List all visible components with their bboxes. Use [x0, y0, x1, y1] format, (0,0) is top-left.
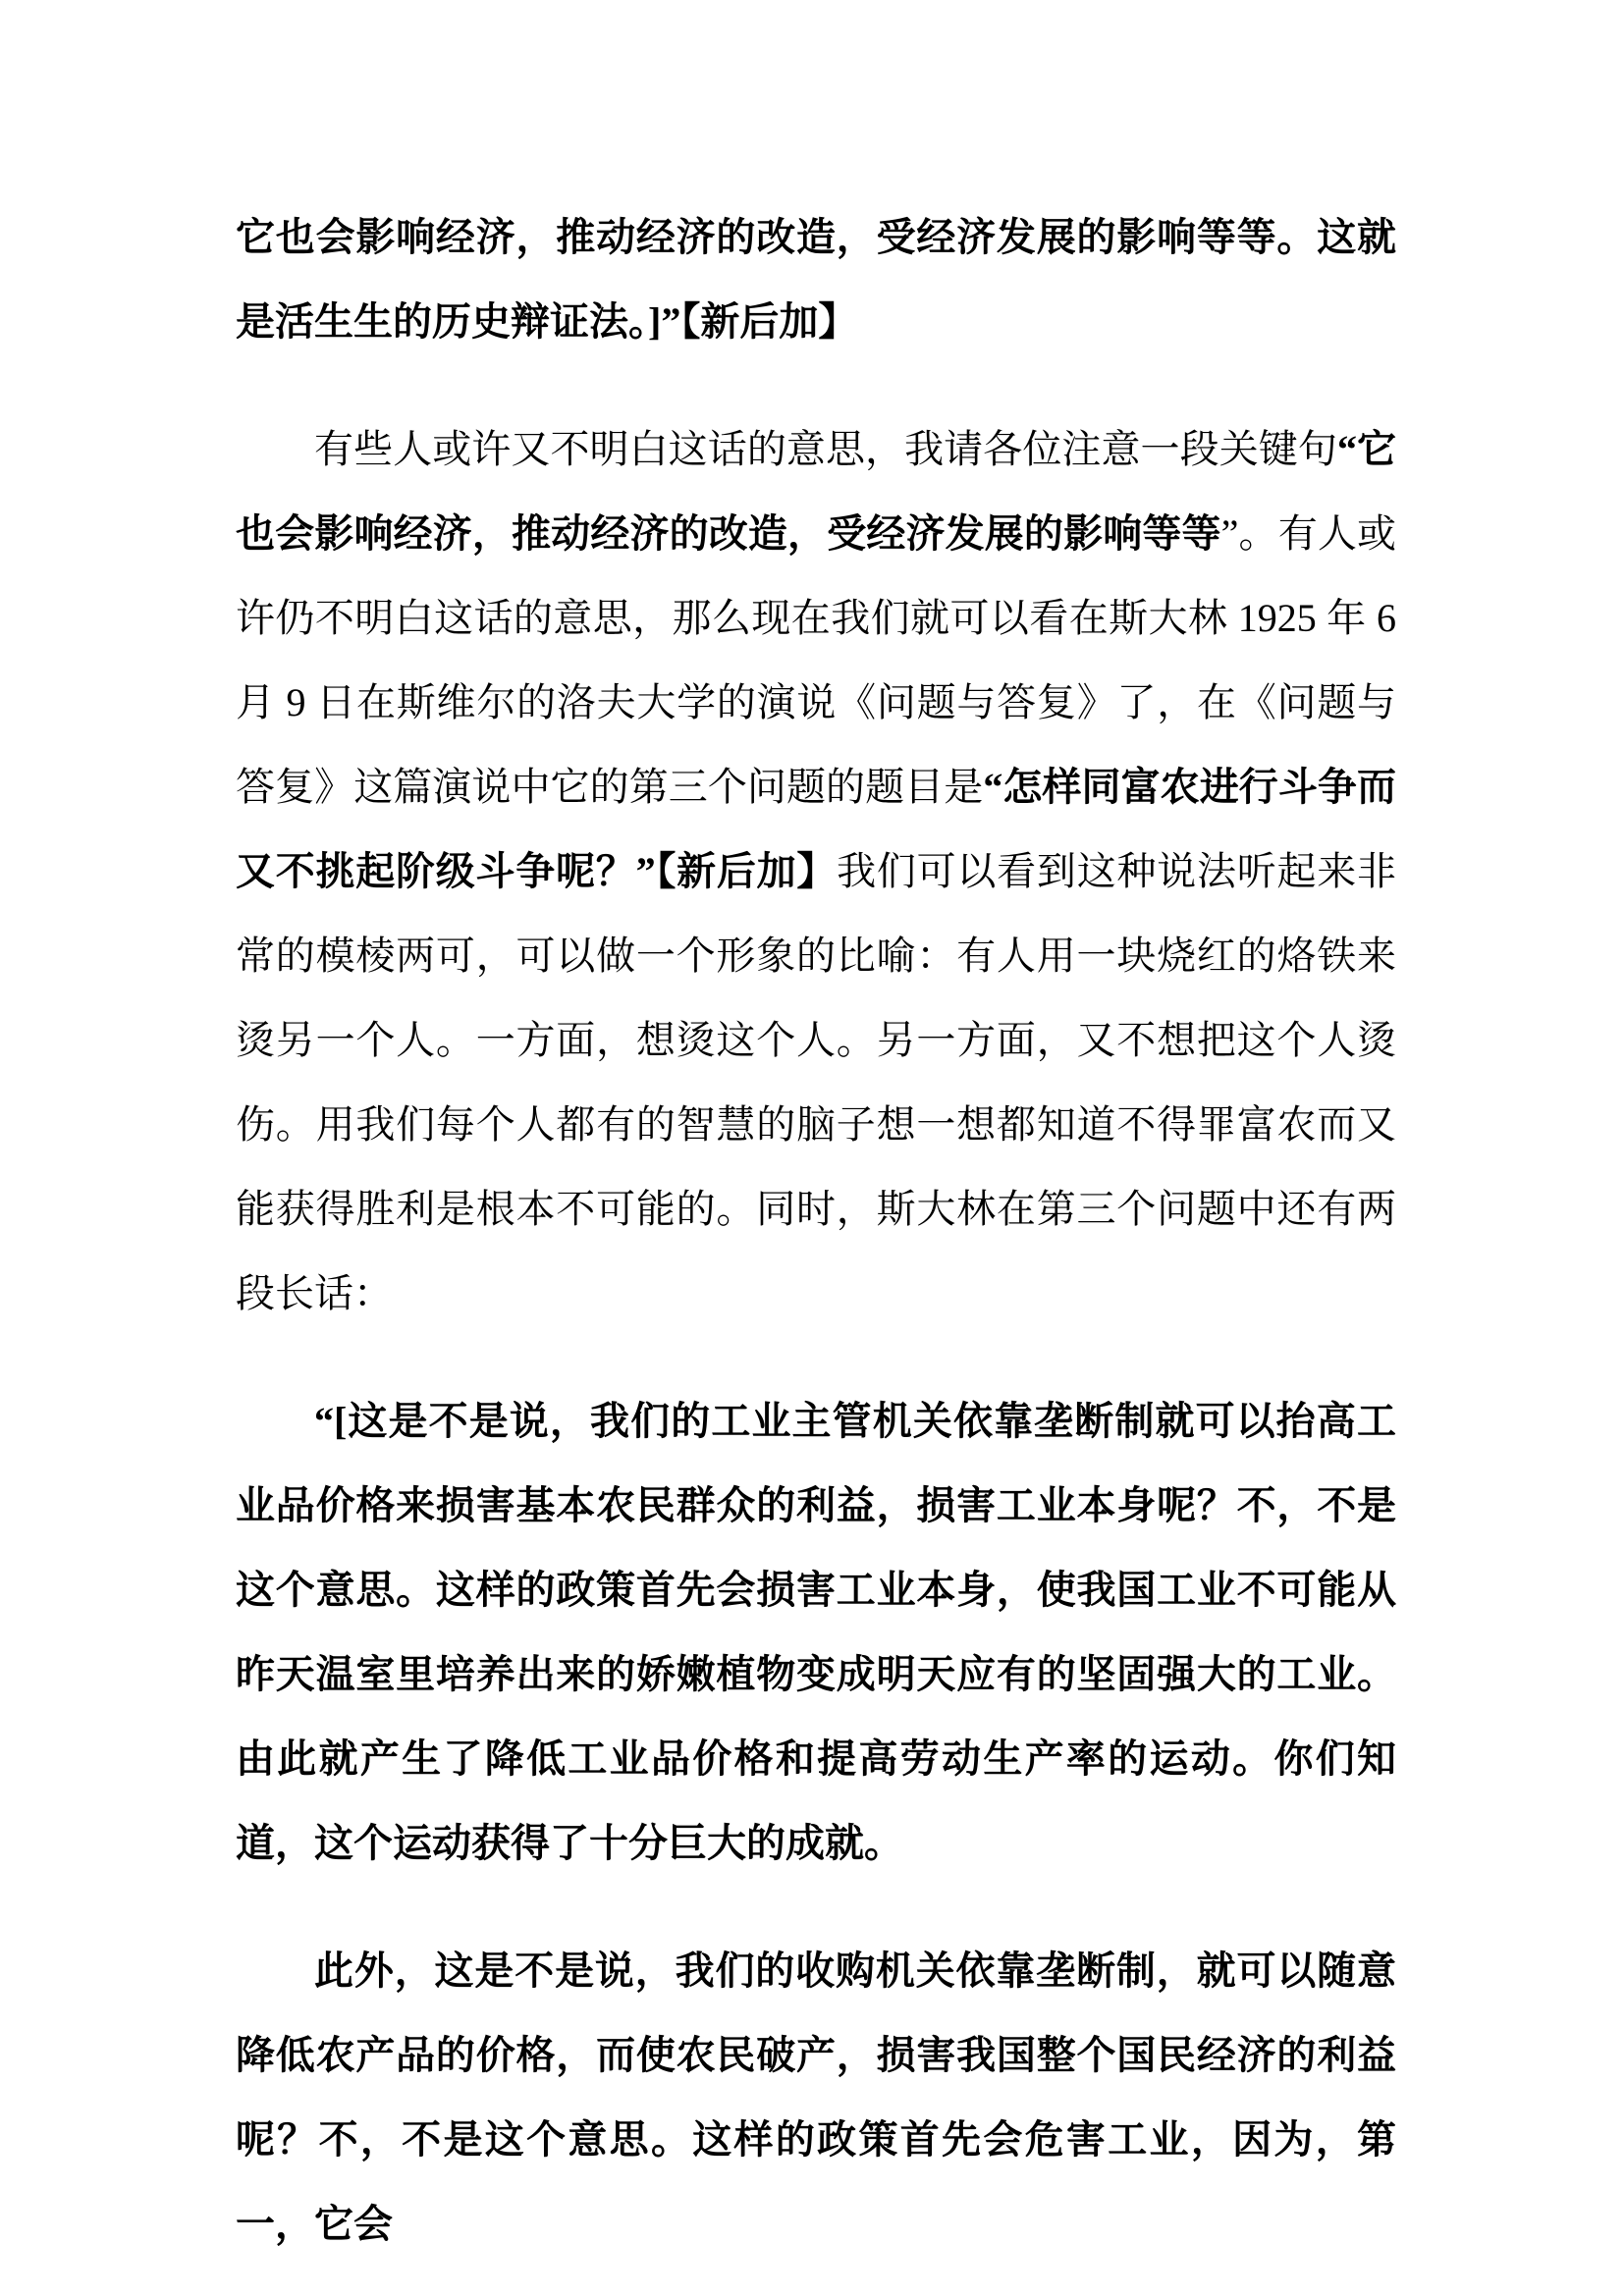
paragraph-quote-continuation: 它也会影响经济，推动经济的改造，受经济发展的影响等等。这就是活生生的历史辩证法。… — [236, 195, 1396, 364]
text-run: 我们可以看到这种说法听起来非常的模棱两可，可以做一个形象的比喻：有人用一块烧红的… — [236, 849, 1396, 1315]
text-run: 有些人或许又不明白这话的意思，我请各位注意一段关键句 — [314, 427, 1337, 471]
document-page: 它也会影响经济，推动经济的改造，受经济发展的影响等等。这就是活生生的历史辩证法。… — [0, 0, 1624, 2296]
text-run: 它也会影响经济，推动经济的改造，受经济发展的影响等等。这就是活生生的历史辩证法。… — [236, 215, 1396, 344]
text-run: 此外，这是不是说，我们的收购机关依靠垄断制，就可以随意降低农产品的价格，而使农民… — [236, 1949, 1396, 2246]
paragraph-stalin-quote-2: 此外，这是不是说，我们的收购机关依靠垄断制，就可以随意降低农产品的价格，而使农民… — [236, 1929, 1396, 2267]
paragraph-commentary: 有些人或许又不明白这话的意思，我请各位注意一段关键句“它也会影响经济，推动经济的… — [236, 407, 1396, 1336]
text-run: “[这是不是说，我们的工业主管机关依靠垄断制就可以抬高工业品价格来损害基本农民群… — [236, 1399, 1396, 1865]
paragraph-stalin-quote-1: “[这是不是说，我们的工业主管机关依靠垄断制就可以抬高工业品价格来损害基本农民群… — [236, 1379, 1396, 1886]
